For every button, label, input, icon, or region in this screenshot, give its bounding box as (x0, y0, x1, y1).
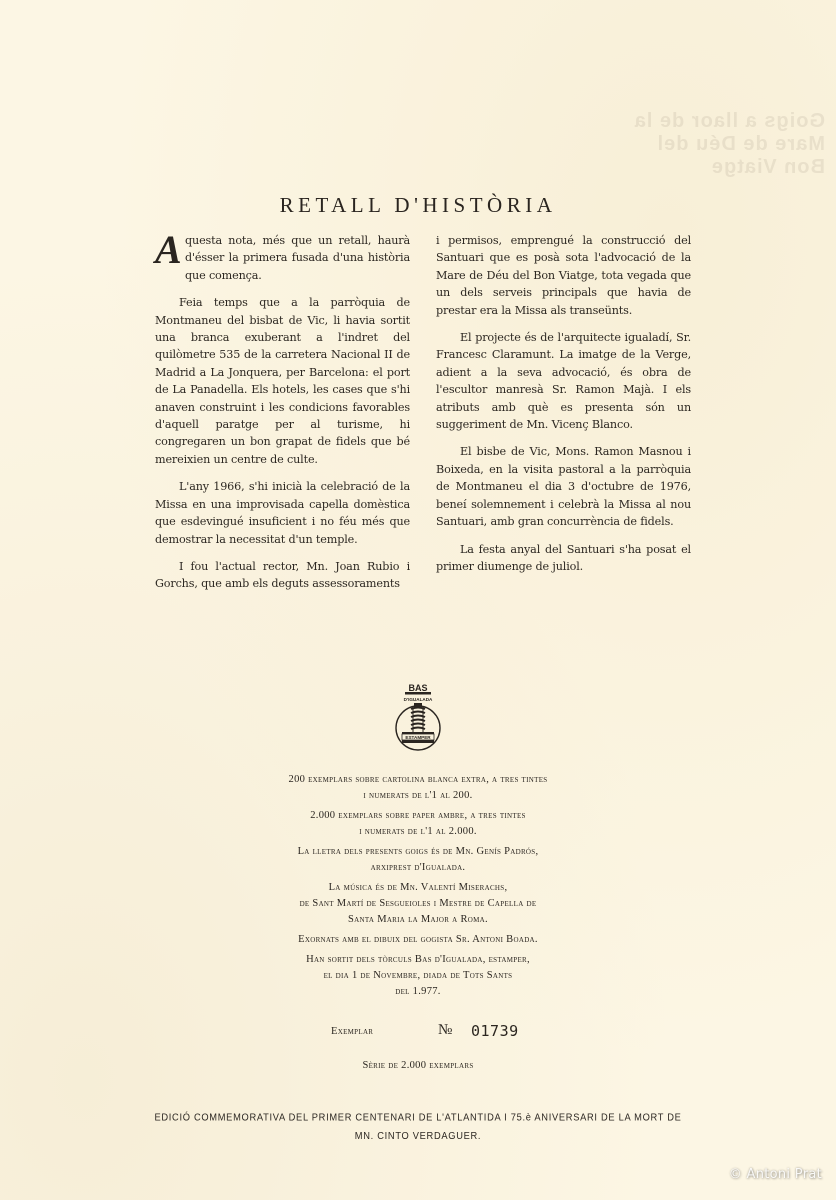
colophon-block: 200 exemplars sobre cartolina blanca ext… (200, 772, 636, 804)
paper-background (0, 0, 836, 1200)
svg-text:BAS: BAS (408, 684, 427, 693)
article-paragraph: L'any 1966, s'hi inicià la celebració de… (155, 478, 410, 548)
press-screw-icon: BAS D'IGUALADA ESTAMPER (390, 684, 446, 754)
svg-text:D'IGUALADA: D'IGUALADA (404, 697, 433, 702)
edition-note-line: MN. CINTO VERDAGUER. (110, 1127, 726, 1146)
colophon-block: La música és de Mn. Valentí Miserachs, d… (200, 880, 636, 928)
colophon-block: La lletra dels presents goigs és de Mn. … (200, 844, 636, 876)
copyright-watermark: © Antoni Prat (729, 1167, 822, 1182)
svg-text:ESTAMPER: ESTAMPER (405, 735, 431, 740)
printer-logo: BAS D'IGUALADA ESTAMPER (390, 684, 446, 754)
article-paragraph: El projecte és de l'arquitecte igualadí,… (436, 329, 691, 433)
article-paragraph: Feia temps que a la parròquia de Montman… (155, 294, 410, 468)
article-left-column: Aquesta nota, més que un retall, haurà d… (155, 232, 410, 603)
article-paragraph: I fou l'actual rector, Mn. Joan Rubio i … (155, 558, 410, 593)
colophon-block: Exornats amb el dibuix del gogista Sr. A… (200, 932, 636, 948)
article-paragraph: El bisbe de Vic, Mons. Ramon Masnou i Bo… (436, 443, 691, 530)
colophon-block: 2.000 exemplars sobre paper ambre, a tre… (200, 808, 636, 840)
dropcap-initial: A (155, 234, 181, 267)
colophon-block: Han sortit dels tòrculs Bas d'Igualada, … (200, 952, 636, 1000)
article-paragraph: Aquesta nota, més que un retall, haurà d… (155, 232, 410, 284)
exemplar-number-row: Exemplar № 01739 (0, 1024, 836, 1044)
page-title: RETALL D'HISTÒRIA (0, 193, 836, 218)
colophon: 200 exemplars sobre cartolina blanca ext… (200, 772, 636, 1004)
edition-note-line: EDICIÓ COMMEMORATIVA DEL PRIMER CENTENAR… (110, 1108, 726, 1127)
show-through-text: Goigs a llaor de la Mare de Déu del Bon … (625, 110, 825, 179)
exemplar-number: 01739 (471, 1022, 519, 1040)
edition-note: EDICIÓ COMMEMORATIVA DEL PRIMER CENTENAR… (110, 1108, 726, 1145)
article-paragraph: i permisos, emprengué la construcció del… (436, 232, 691, 319)
series-note: Sèrie de 2.000 exemplars (0, 1060, 836, 1071)
exemplar-label: Exemplar (331, 1026, 373, 1037)
article-paragraph: La festa anyal del Santuari s'ha posat e… (436, 541, 691, 576)
article-right-column: i permisos, emprengué la construcció del… (436, 232, 691, 585)
number-sign: № (438, 1022, 452, 1039)
